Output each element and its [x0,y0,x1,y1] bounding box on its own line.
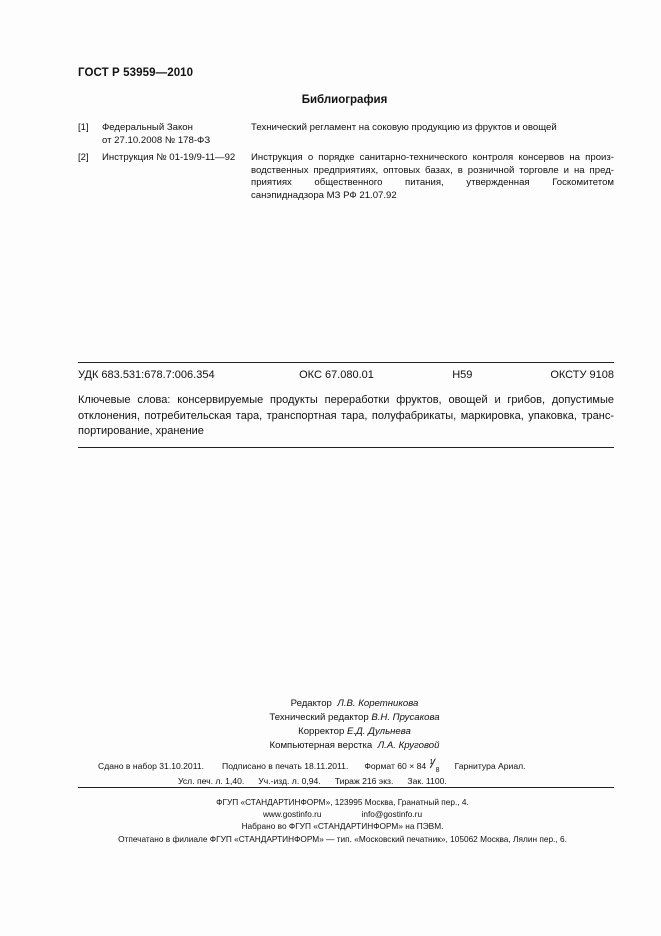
entry-description-line: санэпиднадзора МЗ РФ 21.07.92 [251,190,614,203]
keywords-line: Ключевые слова: консервируемые продукты … [78,393,614,409]
paper-format: Формат 60 × 84 [364,761,426,771]
print-sheets: Усл. печ. л. 1,40. [178,776,244,786]
publishing-sheets: Уч.-изд. л. 0,94. [258,776,320,786]
publisher-email[interactable]: info@gostinfo.ru [362,809,423,819]
credit-corrector: Корректор Е.Д. Дульнева [0,725,661,739]
udk-code: УДК 683.531:678.7:006.354 [78,369,296,381]
publisher-contacts: www.gostinfo.ruinfo@gostinfo.ru [0,808,661,820]
entry-number: [1] [78,122,102,147]
credits: Редактор Л.В. Коретникова Технический ре… [0,697,661,753]
bibliography-title: Библиография [0,94,661,106]
entry-source-line: от 27.10.2008 № 178-ФЗ [102,135,251,148]
typeset-note: Набрано во ФГУП «СТАНДАРТИНФОРМ» на ПЭВМ… [0,820,661,832]
credit-editor: Редактор Л.В. Коретникова [0,697,661,711]
divider-publisher [78,787,614,788]
typeface: Гарнитура Ариал. [455,761,526,771]
entry-description-line: Инструкция о порядке санитарно-техническ… [251,152,614,165]
printed-note: Отпечатано в филиале ФГУП «СТАНДАРТИНФОР… [0,833,661,845]
oks-code: ОКС 67.080.01 [299,369,449,381]
credit-name: Л.В. Коретникова [337,698,418,709]
format-fraction: 1/8 [429,759,441,771]
divider-top [78,362,614,363]
okstu-code: ОКСТУ 9108 [550,369,614,381]
keywords-line: отклонения, потребительская тара, трансп… [78,409,614,425]
bibliography-entry-1: [1] Федеральный Закон от 27.10.2008 № 17… [78,122,614,147]
credit-name: Л.А. Круговой [378,740,440,751]
bibliography-entry-2: [2] Инструкция № 01-19/9-11—92 Инструкци… [78,152,614,202]
publisher-info: ФГУП «СТАНДАРТИНФОРМ», 123995 Москва, Гр… [0,796,661,845]
credit-name: Е.Д. Дульнева [347,726,411,737]
print-info-row-1: Сдано в набор 31.10.2011.Подписано в печ… [98,759,526,774]
entry-description-line: водственных предприятиях, оптовых базах,… [251,165,614,178]
keywords-line: портирование, хранение [78,424,614,440]
publisher-address: ФГУП «СТАНДАРТИНФОРМ», 123995 Москва, Гр… [0,796,661,808]
credit-role: Корректор [298,726,344,737]
credit-name: В.Н. Прусакова [371,712,439,723]
bibliography-list: [1] Федеральный Закон от 27.10.2008 № 17… [78,122,614,207]
keywords: Ключевые слова: консервируемые продукты … [78,393,614,440]
credit-layout: Компьютерная верстка Л.А. Круговой [0,739,661,753]
credit-role: Компьютерная верстка [270,740,373,751]
standard-code: ГОСТ Р 53959—2010 [78,67,193,79]
credit-role: Редактор [291,698,332,709]
credit-tech-editor: Технический редактор В.Н. Прусакова [0,711,661,725]
divider-keywords [78,447,614,448]
entry-description: Технический регламент на соковую продукц… [251,122,614,147]
entry-source-line: Федеральный Закон [102,122,251,135]
entry-source: Инструкция № 01-19/9-11—92 [102,152,251,202]
signed-date: Подписано в печать 18.11.2011. [222,761,348,771]
entry-number: [2] [78,152,102,202]
order-number: Зак. 1100. [407,776,446,786]
credit-role: Технический редактор [269,712,368,723]
circulation: Тираж 216 экз. [335,776,394,786]
typeset-date: Сдано в набор 31.10.2011. [98,761,204,771]
entry-source: Федеральный Закон от 27.10.2008 № 178-ФЗ [102,122,251,147]
entry-description: Инструкция о порядке санитарно-техническ… [251,152,614,202]
entry-description-line: приятиях общественного питания, утвержде… [251,177,614,190]
entry-source-line: Инструкция № 01-19/9-11—92 [102,152,251,165]
classification-row: УДК 683.531:678.7:006.354 ОКС 67.080.01 … [78,369,614,381]
entry-description-line: Технический регламент на соковую продукц… [251,122,557,133]
group-code: Н59 [452,369,547,381]
publisher-website[interactable]: www.gostinfo.ru [263,809,322,819]
